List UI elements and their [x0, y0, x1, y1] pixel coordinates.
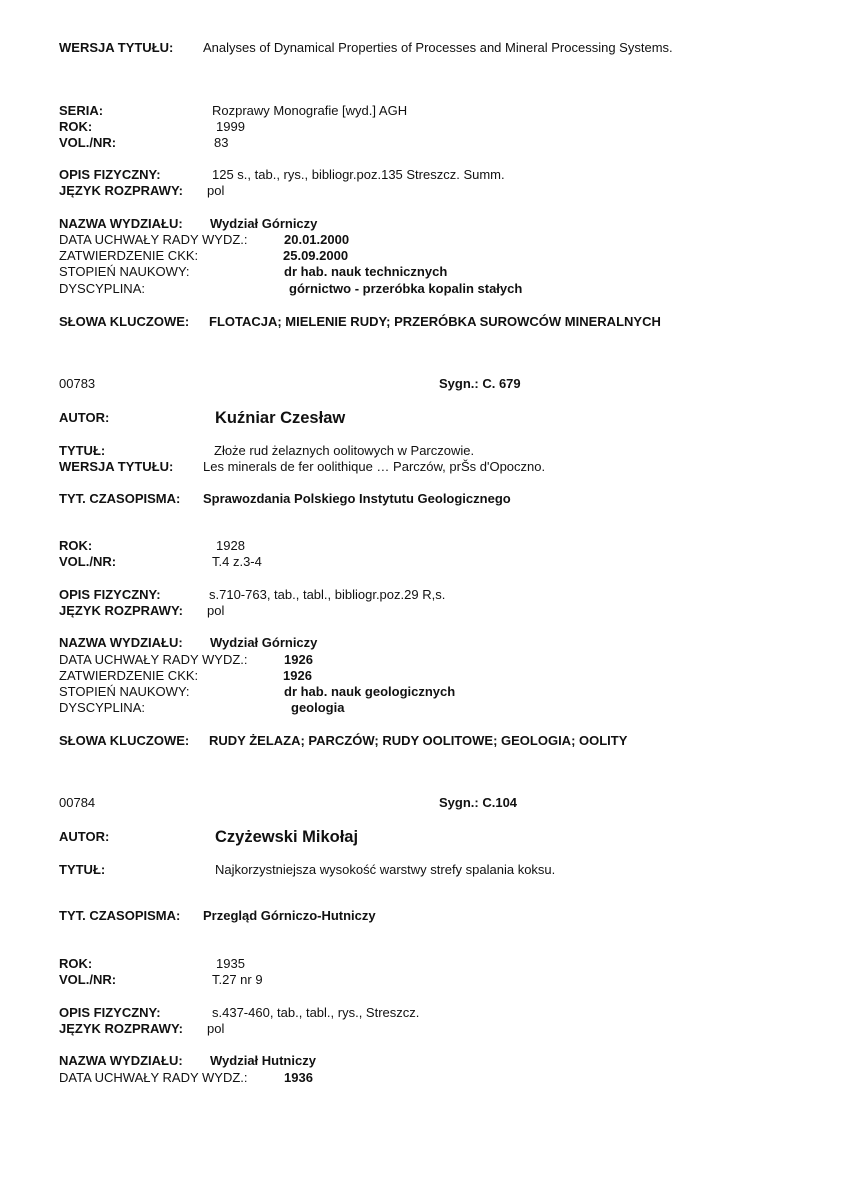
- field-label: STOPIEŃ NAUKOWY:: [59, 684, 190, 699]
- field-value: Złoże rud żelaznych oolitowych w Parczow…: [214, 443, 474, 458]
- field-wersja-tytulu: WERSJA TYTUŁU: Les minerals de fer oolit…: [59, 459, 173, 474]
- author-name: Czyżewski Mikołaj: [215, 827, 358, 847]
- field-label: NAZWA WYDZIAŁU:: [59, 216, 183, 231]
- field-value: pol: [207, 603, 224, 618]
- field-tytul: TYTUŁ: Najkorzystniejsza wysokość warstw…: [59, 862, 105, 877]
- field-slowa-kluczowe: SŁOWA KLUCZOWE: RUDY ŻELAZA; PARCZÓW; RU…: [59, 733, 189, 748]
- field-label: OPIS FIZYCZNY:: [59, 1005, 161, 1020]
- field-label: WERSJA TYTUŁU:: [59, 40, 173, 55]
- field-stopien: STOPIEŃ NAUKOWY: dr hab. nauk geologiczn…: [59, 684, 190, 699]
- field-value: 25.09.2000: [283, 248, 348, 263]
- field-label: SERIA:: [59, 103, 103, 118]
- field-rok: ROK: 1928: [59, 538, 92, 553]
- field-jezyk: JĘZYK ROZPRAWY: pol: [59, 1021, 183, 1036]
- field-value: Rozprawy Monografie [wyd.] AGH: [212, 103, 407, 118]
- field-opis-fizyczny: OPIS FIZYCZNY: s.437-460, tab., tabl., r…: [59, 1005, 161, 1020]
- field-value: s.710-763, tab., tabl., bibliogr.poz.29 …: [209, 587, 445, 602]
- field-tytul: TYTUŁ: Złoże rud żelaznych oolitowych w …: [59, 443, 105, 458]
- field-label: AUTOR:: [59, 829, 109, 844]
- field-label: JĘZYK ROZPRAWY:: [59, 603, 183, 618]
- field-label: DATA UCHWAŁY RADY WYDZ.:: [59, 232, 248, 247]
- field-value: FLOTACJA; MIELENIE RUDY; PRZERÓBKA SUROW…: [209, 314, 661, 329]
- field-label: TYTUŁ:: [59, 443, 105, 458]
- field-value: Wydział Górniczy: [210, 216, 317, 231]
- field-nazwa-wydzialu: NAZWA WYDZIAŁU: Wydział Górniczy: [59, 216, 183, 231]
- field-value: 1926: [284, 652, 313, 667]
- field-value: RUDY ŻELAZA; PARCZÓW; RUDY OOLITOWE; GEO…: [209, 733, 627, 748]
- field-opis-fizyczny: OPIS FIZYCZNY: 125 s., tab., rys., bibli…: [59, 167, 161, 182]
- field-label: SŁOWA KLUCZOWE:: [59, 314, 189, 329]
- field-label: NAZWA WYDZIAŁU:: [59, 1053, 183, 1068]
- field-zatwierdzenie: ZATWIERDZENIE CKK: 25.09.2000: [59, 248, 198, 263]
- field-label: VOL./NR:: [59, 135, 116, 150]
- field-value: Najkorzystniejsza wysokość warstwy stref…: [215, 862, 555, 877]
- field-label: JĘZYK ROZPRAWY:: [59, 183, 183, 198]
- field-vol-nr: VOL./NR: T.27 nr 9: [59, 972, 116, 987]
- field-value: s.437-460, tab., tabl., rys., Streszcz.: [212, 1005, 419, 1020]
- field-label: AUTOR:: [59, 410, 109, 425]
- field-label: ROK:: [59, 538, 92, 553]
- field-value: Sprawozdania Polskiego Instytutu Geologi…: [203, 491, 511, 506]
- field-stopien: STOPIEŃ NAUKOWY: dr hab. nauk techniczny…: [59, 264, 190, 279]
- field-value: 1999: [216, 119, 245, 134]
- field-label: DATA UCHWAŁY RADY WYDZ.:: [59, 1070, 248, 1085]
- field-label: DYSCYPLINA:: [59, 281, 145, 296]
- field-label: ROK:: [59, 956, 92, 971]
- record-header: 00784 Sygn.: C.104: [59, 795, 95, 810]
- field-data-uchwaly: DATA UCHWAŁY RADY WYDZ.: 20.01.2000: [59, 232, 248, 247]
- field-label: TYTUŁ:: [59, 862, 105, 877]
- field-label: ZATWIERDZENIE CKK:: [59, 668, 198, 683]
- field-label: JĘZYK ROZPRAWY:: [59, 1021, 183, 1036]
- field-label: ZATWIERDZENIE CKK:: [59, 248, 198, 263]
- field-label: SŁOWA KLUCZOWE:: [59, 733, 189, 748]
- field-opis-fizyczny: OPIS FIZYCZNY: s.710-763, tab., tabl., b…: [59, 587, 161, 602]
- field-data-uchwaly: DATA UCHWAŁY RADY WYDZ.: 1926: [59, 652, 248, 667]
- field-vol-nr: VOL./NR: 83: [59, 135, 116, 150]
- record-signature: Sygn.: C. 679: [439, 376, 521, 391]
- field-zatwierdzenie: ZATWIERDZENIE CKK: 1926: [59, 668, 198, 683]
- field-czasopismo: TYT. CZASOPISMA: Sprawozdania Polskiego …: [59, 491, 180, 506]
- field-value: Wydział Hutniczy: [210, 1053, 316, 1068]
- author-name: Kuźniar Czesław: [215, 408, 345, 428]
- field-label: STOPIEŃ NAUKOWY:: [59, 264, 190, 279]
- field-value: Analyses of Dynamical Properties of Proc…: [203, 40, 673, 55]
- field-rok: ROK: 1935: [59, 956, 92, 971]
- field-value: T.4 z.3-4: [212, 554, 262, 569]
- field-label: TYT. CZASOPISMA:: [59, 491, 180, 506]
- field-value: dr hab. nauk technicznych: [284, 264, 447, 279]
- field-label: ROK:: [59, 119, 92, 134]
- field-dyscyplina: DYSCYPLINA: geologia: [59, 700, 145, 715]
- field-vol-nr: VOL./NR: T.4 z.3-4: [59, 554, 116, 569]
- field-czasopismo: TYT. CZASOPISMA: Przegląd Górniczo-Hutni…: [59, 908, 180, 923]
- field-value: 1936: [284, 1070, 313, 1085]
- record-header: 00783 Sygn.: C. 679: [59, 376, 95, 391]
- field-value: Wydział Górniczy: [210, 635, 317, 650]
- field-value: 20.01.2000: [284, 232, 349, 247]
- field-value: dr hab. nauk geologicznych: [284, 684, 455, 699]
- field-data-uchwaly: DATA UCHWAŁY RADY WYDZ.: 1936: [59, 1070, 248, 1085]
- field-value: T.27 nr 9: [212, 972, 263, 987]
- field-label: DYSCYPLINA:: [59, 700, 145, 715]
- field-value: Les minerals de fer oolithique … Parczów…: [203, 459, 545, 474]
- field-label: VOL./NR:: [59, 972, 116, 987]
- field-label: VOL./NR:: [59, 554, 116, 569]
- field-value: 1928: [216, 538, 245, 553]
- record-number: 00783: [59, 376, 95, 391]
- field-dyscyplina: DYSCYPLINA: górnictwo - przeróbka kopali…: [59, 281, 145, 296]
- field-value: geologia: [291, 700, 344, 715]
- field-label: DATA UCHWAŁY RADY WYDZ.:: [59, 652, 248, 667]
- field-wersja-tytulu: WERSJA TYTUŁU: Analyses of Dynamical Pro…: [59, 40, 173, 55]
- field-value: 1935: [216, 956, 245, 971]
- record-number: 00784: [59, 795, 95, 810]
- field-value: 1926: [283, 668, 312, 683]
- field-nazwa-wydzialu: NAZWA WYDZIAŁU: Wydział Górniczy: [59, 635, 183, 650]
- field-value: Przegląd Górniczo-Hutniczy: [203, 908, 376, 923]
- field-slowa-kluczowe: SŁOWA KLUCZOWE: FLOTACJA; MIELENIE RUDY;…: [59, 314, 189, 329]
- record-signature: Sygn.: C.104: [439, 795, 517, 810]
- field-value: górnictwo - przeróbka kopalin stałych: [289, 281, 522, 296]
- field-value: 83: [214, 135, 228, 150]
- field-value: pol: [207, 1021, 224, 1036]
- field-value: pol: [207, 183, 224, 198]
- field-jezyk: JĘZYK ROZPRAWY: pol: [59, 603, 183, 618]
- field-label: OPIS FIZYCZNY:: [59, 587, 161, 602]
- field-label: WERSJA TYTUŁU:: [59, 459, 173, 474]
- field-autor: AUTOR: Czyżewski Mikołaj: [59, 827, 109, 847]
- field-nazwa-wydzialu: NAZWA WYDZIAŁU: Wydział Hutniczy: [59, 1053, 183, 1068]
- field-label: TYT. CZASOPISMA:: [59, 908, 180, 923]
- field-seria: SERIA: Rozprawy Monografie [wyd.] AGH: [59, 103, 103, 118]
- field-autor: AUTOR: Kuźniar Czesław: [59, 408, 109, 428]
- field-jezyk: JĘZYK ROZPRAWY: pol: [59, 183, 183, 198]
- field-rok: ROK: 1999: [59, 119, 92, 134]
- field-label: NAZWA WYDZIAŁU:: [59, 635, 183, 650]
- field-value: 125 s., tab., rys., bibliogr.poz.135 Str…: [212, 167, 505, 182]
- field-label: OPIS FIZYCZNY:: [59, 167, 161, 182]
